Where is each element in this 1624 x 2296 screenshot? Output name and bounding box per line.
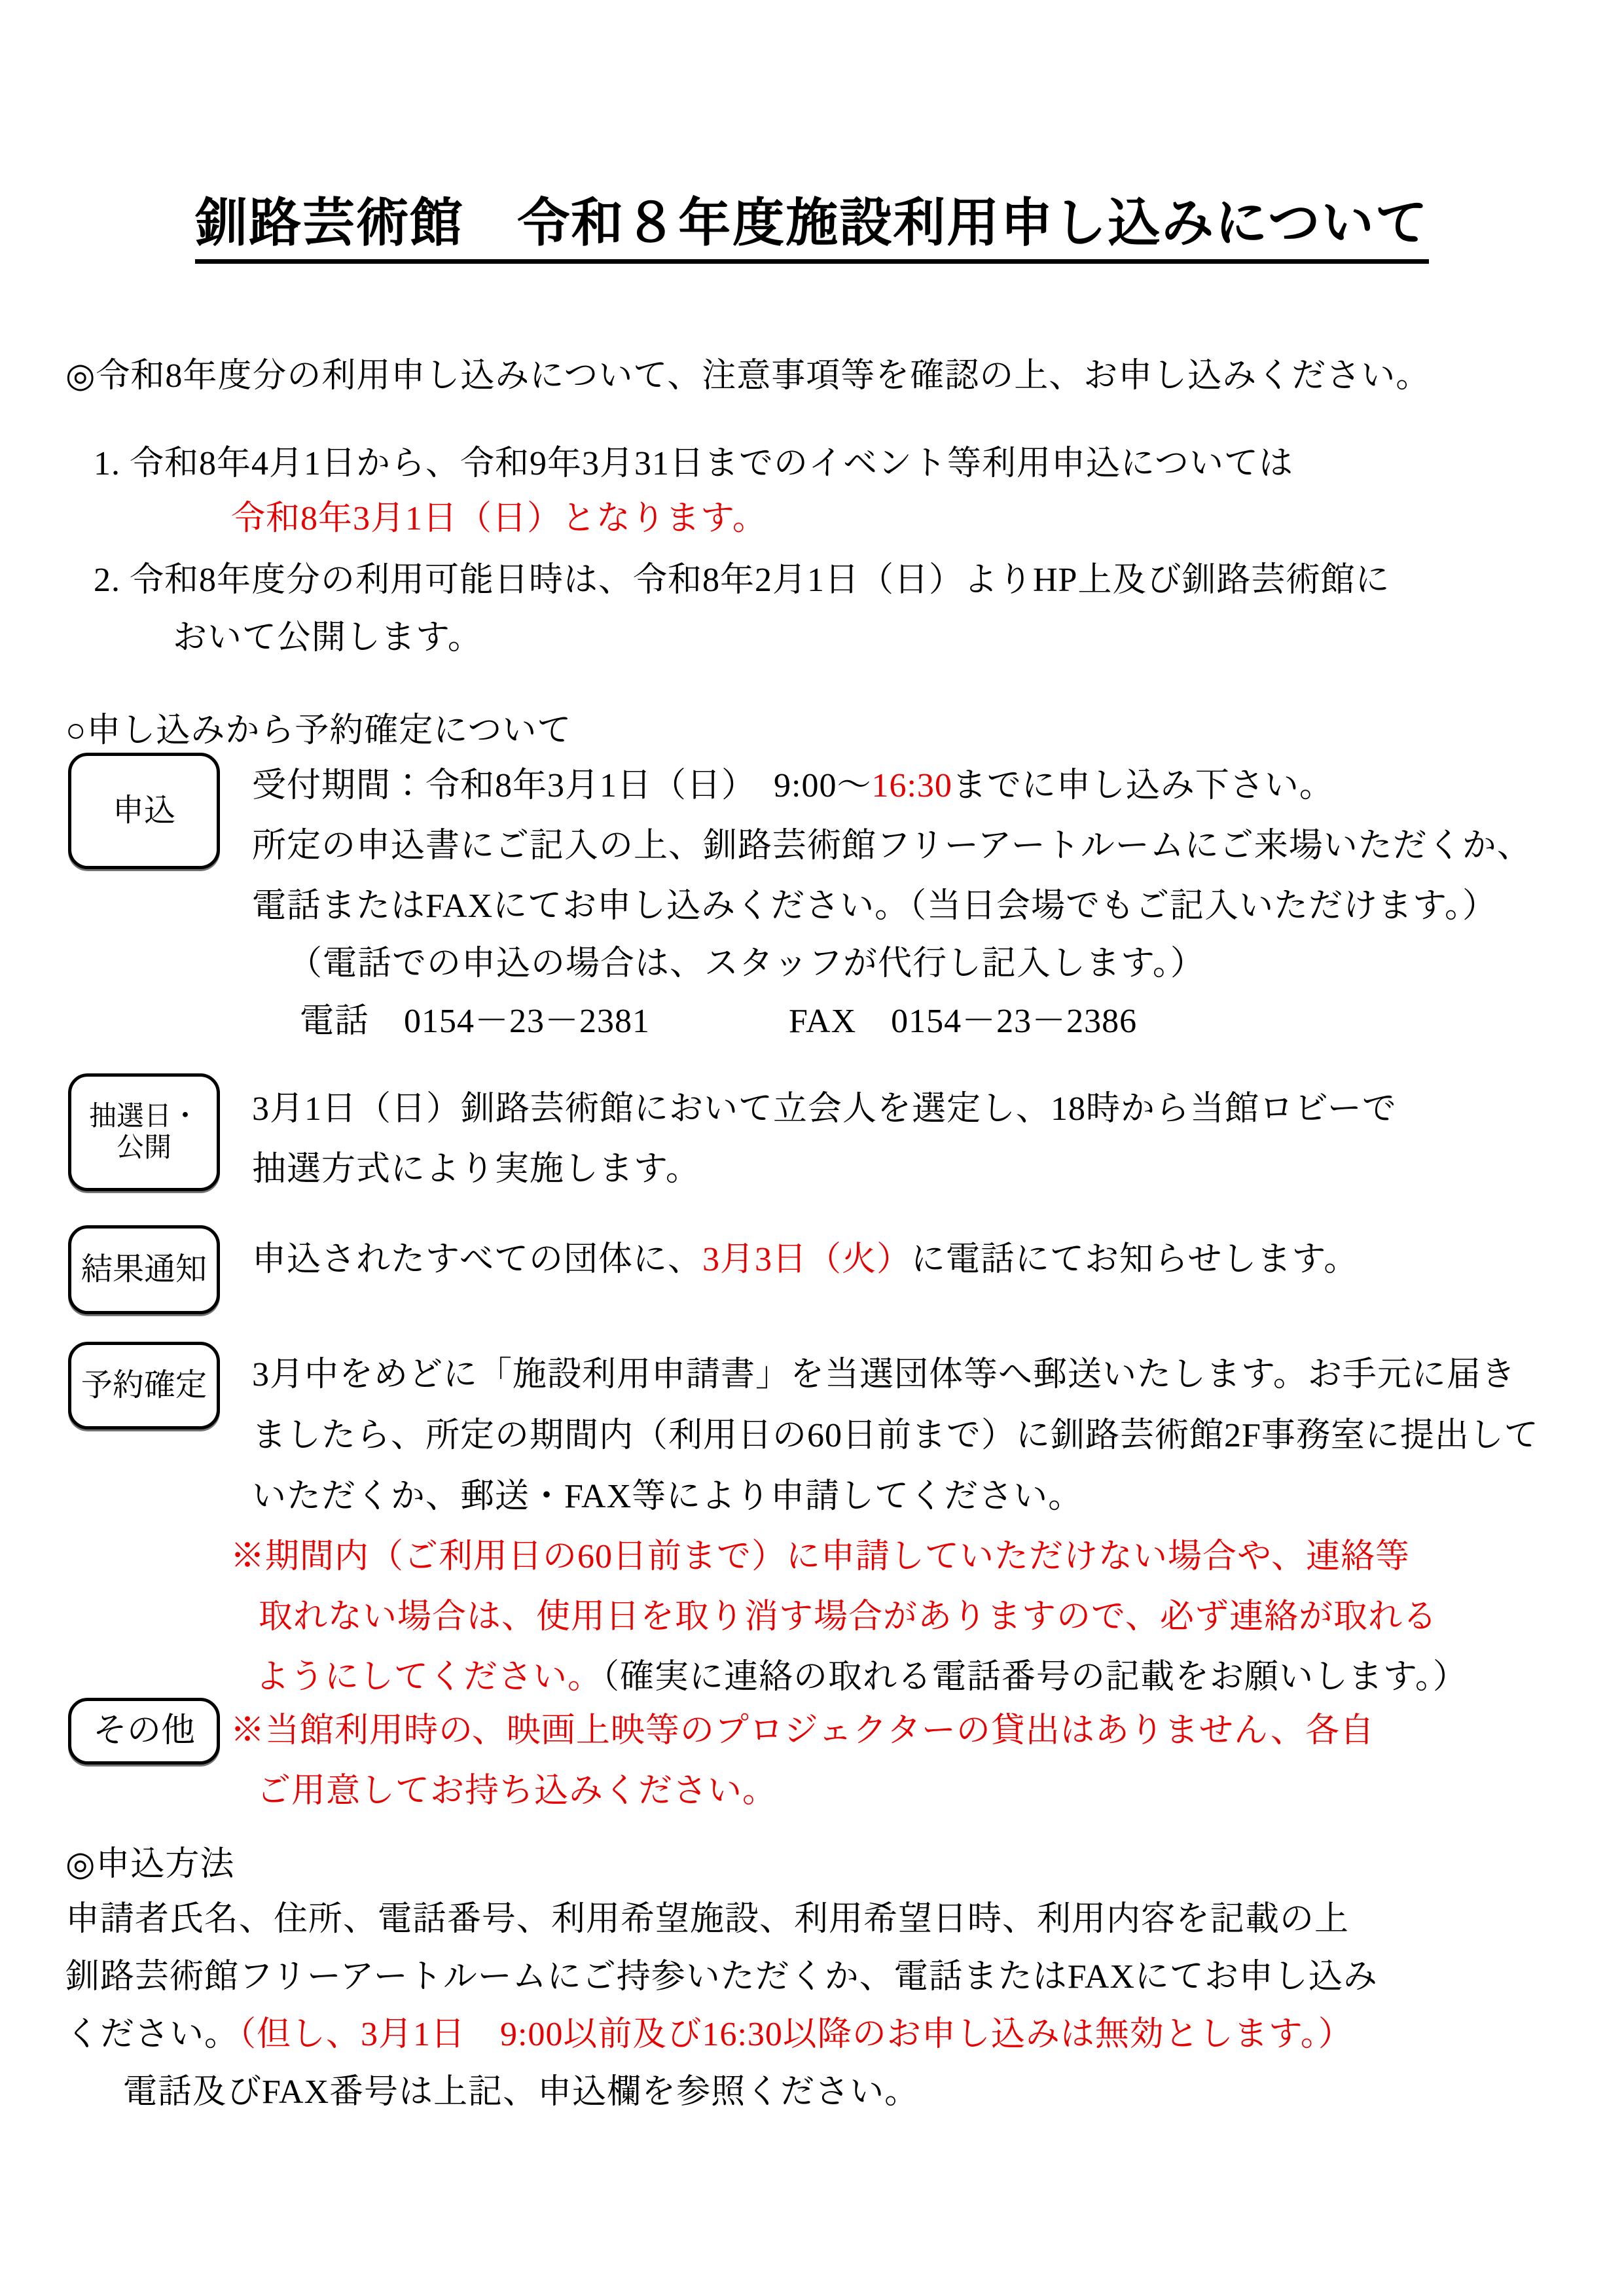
lottery-label-box: 抽選日・ 公開 xyxy=(68,1073,220,1191)
lottery-line-1: 3月1日（日）釧路芸術館において立会人を選定し、18時から当館ロビーで xyxy=(252,1088,1397,1130)
text-run: ○申し込みから予約確定について xyxy=(65,712,571,749)
highlighted-text-run: 16:30 xyxy=(871,767,952,804)
apply-phone-fax-line: 電話またはFAXにてお申し込みください。（当日会場でもご記入いただけます。） xyxy=(252,885,1497,927)
text-run: （電話での申込の場合は、スタッフが代行し記入します。） xyxy=(288,945,1205,982)
text-run: 2. 令和8年度分の利用可能日時は、令和8年2月1日（日）よりHP上及び釧路芸術… xyxy=(94,562,1390,599)
apply-form-line: 所定の申込書にご記入の上、釧路芸術館フリーアートルームにご来場いただくか、 xyxy=(252,825,1532,867)
highlighted-text-run: 令和8年3月1日（日）となります。 xyxy=(231,500,767,537)
text-run: 釧路芸術館フリーアートルームにご持参いただくか、電話またはFAXにてお申し込み xyxy=(65,1958,1378,1996)
text-run: 申込されたすべての団体に、 xyxy=(252,1241,702,1278)
method-line-3: ください。（但し、3月1日 9:00以前及び16:30以降のお申し込みは無効とし… xyxy=(65,2013,1353,2056)
result-label: 結果通知 xyxy=(81,1251,207,1287)
text-run: 3月1日（日）釧路芸術館において立会人を選定し、18時から当館ロビーで xyxy=(252,1090,1397,1128)
highlighted-text-run: 取れない場合は、使用日を取り消す場合がありますので、必ず連絡が取れる xyxy=(259,1598,1437,1636)
confirm-line-1: 3月中をめどに「施設利用申請書」を当選団体等へ郵送いたします。お手元に届き xyxy=(252,1354,1516,1396)
text-run: ◎申込方法 xyxy=(65,1846,234,1883)
highlighted-text-run: ※期間内（ご利用日の60日前まで）に申請していただけない場合や、連絡等 xyxy=(230,1538,1410,1575)
method-line-4: 電話及びFAX番号は上記、申込欄を参照ください。 xyxy=(123,2071,919,2113)
text-run: おいて公開します。 xyxy=(173,619,482,656)
list-item-2: 2. 令和8年度分の利用可能日時は、令和8年2月1日（日）よりHP上及び釧路芸術… xyxy=(94,559,1390,601)
apply-reception-line: 受付期間：令和8年3月1日（日） 9:00～16:30までに申し込み下さい。 xyxy=(252,764,1334,807)
method-line-1: 申請者氏名、住所、電話番号、利用希望施設、利用希望日時、利用内容を記載の上 xyxy=(65,1898,1349,1941)
apply-label-box: 申込 xyxy=(68,753,220,869)
document-page: 釧路芸術館 令和８年度施設利用申し込みについて ◎令和8年度分の利用申し込みにつ… xyxy=(0,0,1624,2296)
apply-phone-proxy-note: （電話での申込の場合は、スタッフが代行し記入します。） xyxy=(288,942,1205,985)
text-run: 受付期間：令和8年3月1日（日） 9:00～ xyxy=(252,767,871,804)
confirm-line-3: いただくか、郵送・FAX等により申請してください。 xyxy=(252,1475,1083,1518)
highlighted-text-run: ※当館利用時の、映画上映等のプロジェクターの貸出はありません、各自 xyxy=(230,1712,1375,1749)
other-note-1: ※当館利用時の、映画上映等のプロジェクターの貸出はありません、各自 xyxy=(230,1710,1375,1752)
text-run: 3月中をめどに「施設利用申請書」を当選団体等へ郵送いたします。お手元に届き xyxy=(252,1356,1516,1393)
text-run: までに申し込み下さい。 xyxy=(952,767,1334,804)
highlighted-text-run: 3月3日（火） xyxy=(702,1241,911,1278)
highlighted-text-run: ご用意してお持ち込みください。 xyxy=(257,1772,777,1810)
method-heading: ◎申込方法 xyxy=(65,1843,234,1886)
lottery-label: 抽選日・ 公開 xyxy=(89,1101,199,1164)
other-label-box: その他 xyxy=(68,1698,220,1765)
text-run: ◎令和8年度分の利用申し込みについて、注意事項等を確認の上、お申し込みください。 xyxy=(65,357,1430,395)
other-note-2: ご用意してお持ち込みください。 xyxy=(257,1770,777,1812)
text-run: （確実に連絡の取れる電話番号の記載をお願いします。） xyxy=(602,1659,1468,1696)
highlighted-text-run: （但し、3月1日 9:00以前及び16:30以降のお申し込みは無効とします。） xyxy=(239,2016,1353,2053)
page-title-text: 釧路芸術館 令和８年度施設利用申し込みについて xyxy=(195,195,1428,264)
confirm-label: 予約確定 xyxy=(81,1367,207,1403)
text-run: 抽選方式により実施します。 xyxy=(252,1151,700,1188)
list-item-2-continuation: おいて公開します。 xyxy=(173,617,482,659)
confirm-warning-2: 取れない場合は、使用日を取り消す場合がありますので、必ず連絡が取れる xyxy=(259,1596,1437,1638)
confirm-warning-1: ※期間内（ご利用日の60日前まで）に申請していただけない場合や、連絡等 xyxy=(230,1535,1410,1578)
page-title: 釧路芸術館 令和８年度施設利用申し込みについて xyxy=(0,181,1624,256)
lottery-line-2: 抽選方式により実施します。 xyxy=(252,1148,700,1191)
other-label: その他 xyxy=(93,1712,195,1751)
text-run: ください。 xyxy=(65,2016,239,2053)
text-run: ましたら、所定の期間内（利用日の60日前まで）に釧路芸術館2F事務室に提出して xyxy=(252,1417,1539,1454)
confirm-warning-3: ようにしてください。（確実に連絡の取れる電話番号の記載をお願いします。） xyxy=(255,1656,1468,1698)
confirm-line-2: ましたら、所定の期間内（利用日の60日前まで）に釧路芸術館2F事務室に提出して xyxy=(252,1414,1539,1457)
confirm-label-box: 予約確定 xyxy=(68,1342,220,1429)
text-run: 電話及びFAX番号は上記、申込欄を参照ください。 xyxy=(123,2073,919,2111)
list-item-1: 1. 令和8年4月1日から、令和9年3月31日までのイベント等利用申込については xyxy=(94,442,1293,485)
text-run: 申請者氏名、住所、電話番号、利用希望施設、利用希望日時、利用内容を記載の上 xyxy=(65,1901,1349,1938)
method-line-2: 釧路芸術館フリーアートルームにご持参いただくか、電話またはFAXにてお申し込み xyxy=(65,1956,1378,1998)
text-run: 電話 0154－23－2381 FAX 0154－23－2386 xyxy=(300,1003,1137,1040)
result-line: 申込されたすべての団体に、3月3日（火）に電話にてお知らせします。 xyxy=(252,1238,1358,1281)
text-run: 電話またはFAXにてお申し込みください。（当日会場でもご記入いただけます。） xyxy=(252,888,1497,925)
deadline-date-highlight: 令和8年3月1日（日）となります。 xyxy=(231,497,767,540)
apply-phone-numbers: 電話 0154－23－2381 FAX 0154－23－2386 xyxy=(300,1000,1137,1043)
intro-note: ◎令和8年度分の利用申し込みについて、注意事項等を確認の上、お申し込みください。 xyxy=(65,355,1430,397)
text-run: に電話にてお知らせします。 xyxy=(911,1241,1358,1278)
highlighted-text-run: ようにしてください。 xyxy=(255,1659,602,1696)
result-label-box: 結果通知 xyxy=(68,1225,220,1314)
text-run: いただくか、郵送・FAX等により申請してください。 xyxy=(252,1478,1083,1515)
text-run: 1. 令和8年4月1日から、令和9年3月31日までのイベント等利用申込については xyxy=(94,445,1293,482)
apply-label: 申込 xyxy=(113,793,175,829)
text-run: 所定の申込書にご記入の上、釧路芸術館フリーアートルームにご来場いただくか、 xyxy=(252,827,1532,865)
flow-section-heading: ○申し込みから予約確定について xyxy=(65,709,571,752)
